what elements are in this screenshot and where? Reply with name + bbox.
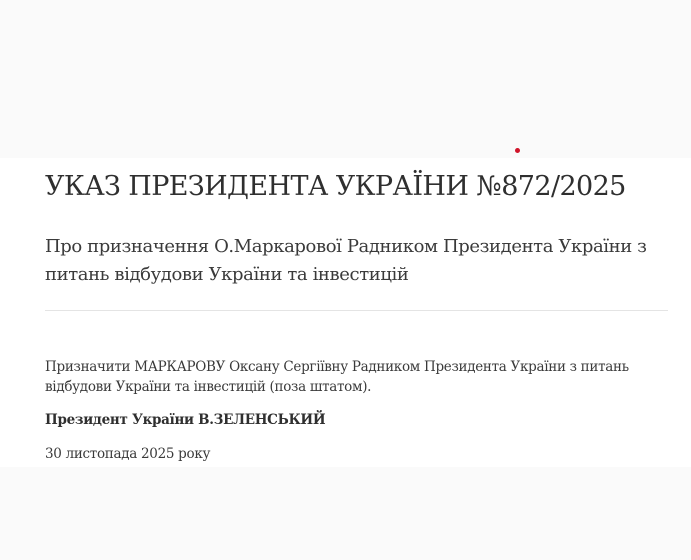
decree-title: УКАЗ ПРЕЗИДЕНТА УКРАЇНИ №872/2025 xyxy=(45,171,626,202)
decree-date: 30 листопада 2025 року xyxy=(45,446,210,462)
red-dot-icon xyxy=(515,148,520,153)
divider xyxy=(45,310,668,311)
decree-subtitle: Про призначення О.Маркарової Радником Пр… xyxy=(45,233,675,289)
bottom-band xyxy=(0,467,691,560)
decree-signature: Президент України В.ЗЕЛЕНСЬКИЙ xyxy=(45,412,325,428)
decree-body: Призначити МАРКАРОВУ Оксану Сергіївну Ра… xyxy=(45,357,665,397)
top-band xyxy=(0,0,691,158)
decree-content: УКАЗ ПРЕЗИДЕНТА УКРАЇНИ №872/2025 Про пр… xyxy=(0,158,691,467)
